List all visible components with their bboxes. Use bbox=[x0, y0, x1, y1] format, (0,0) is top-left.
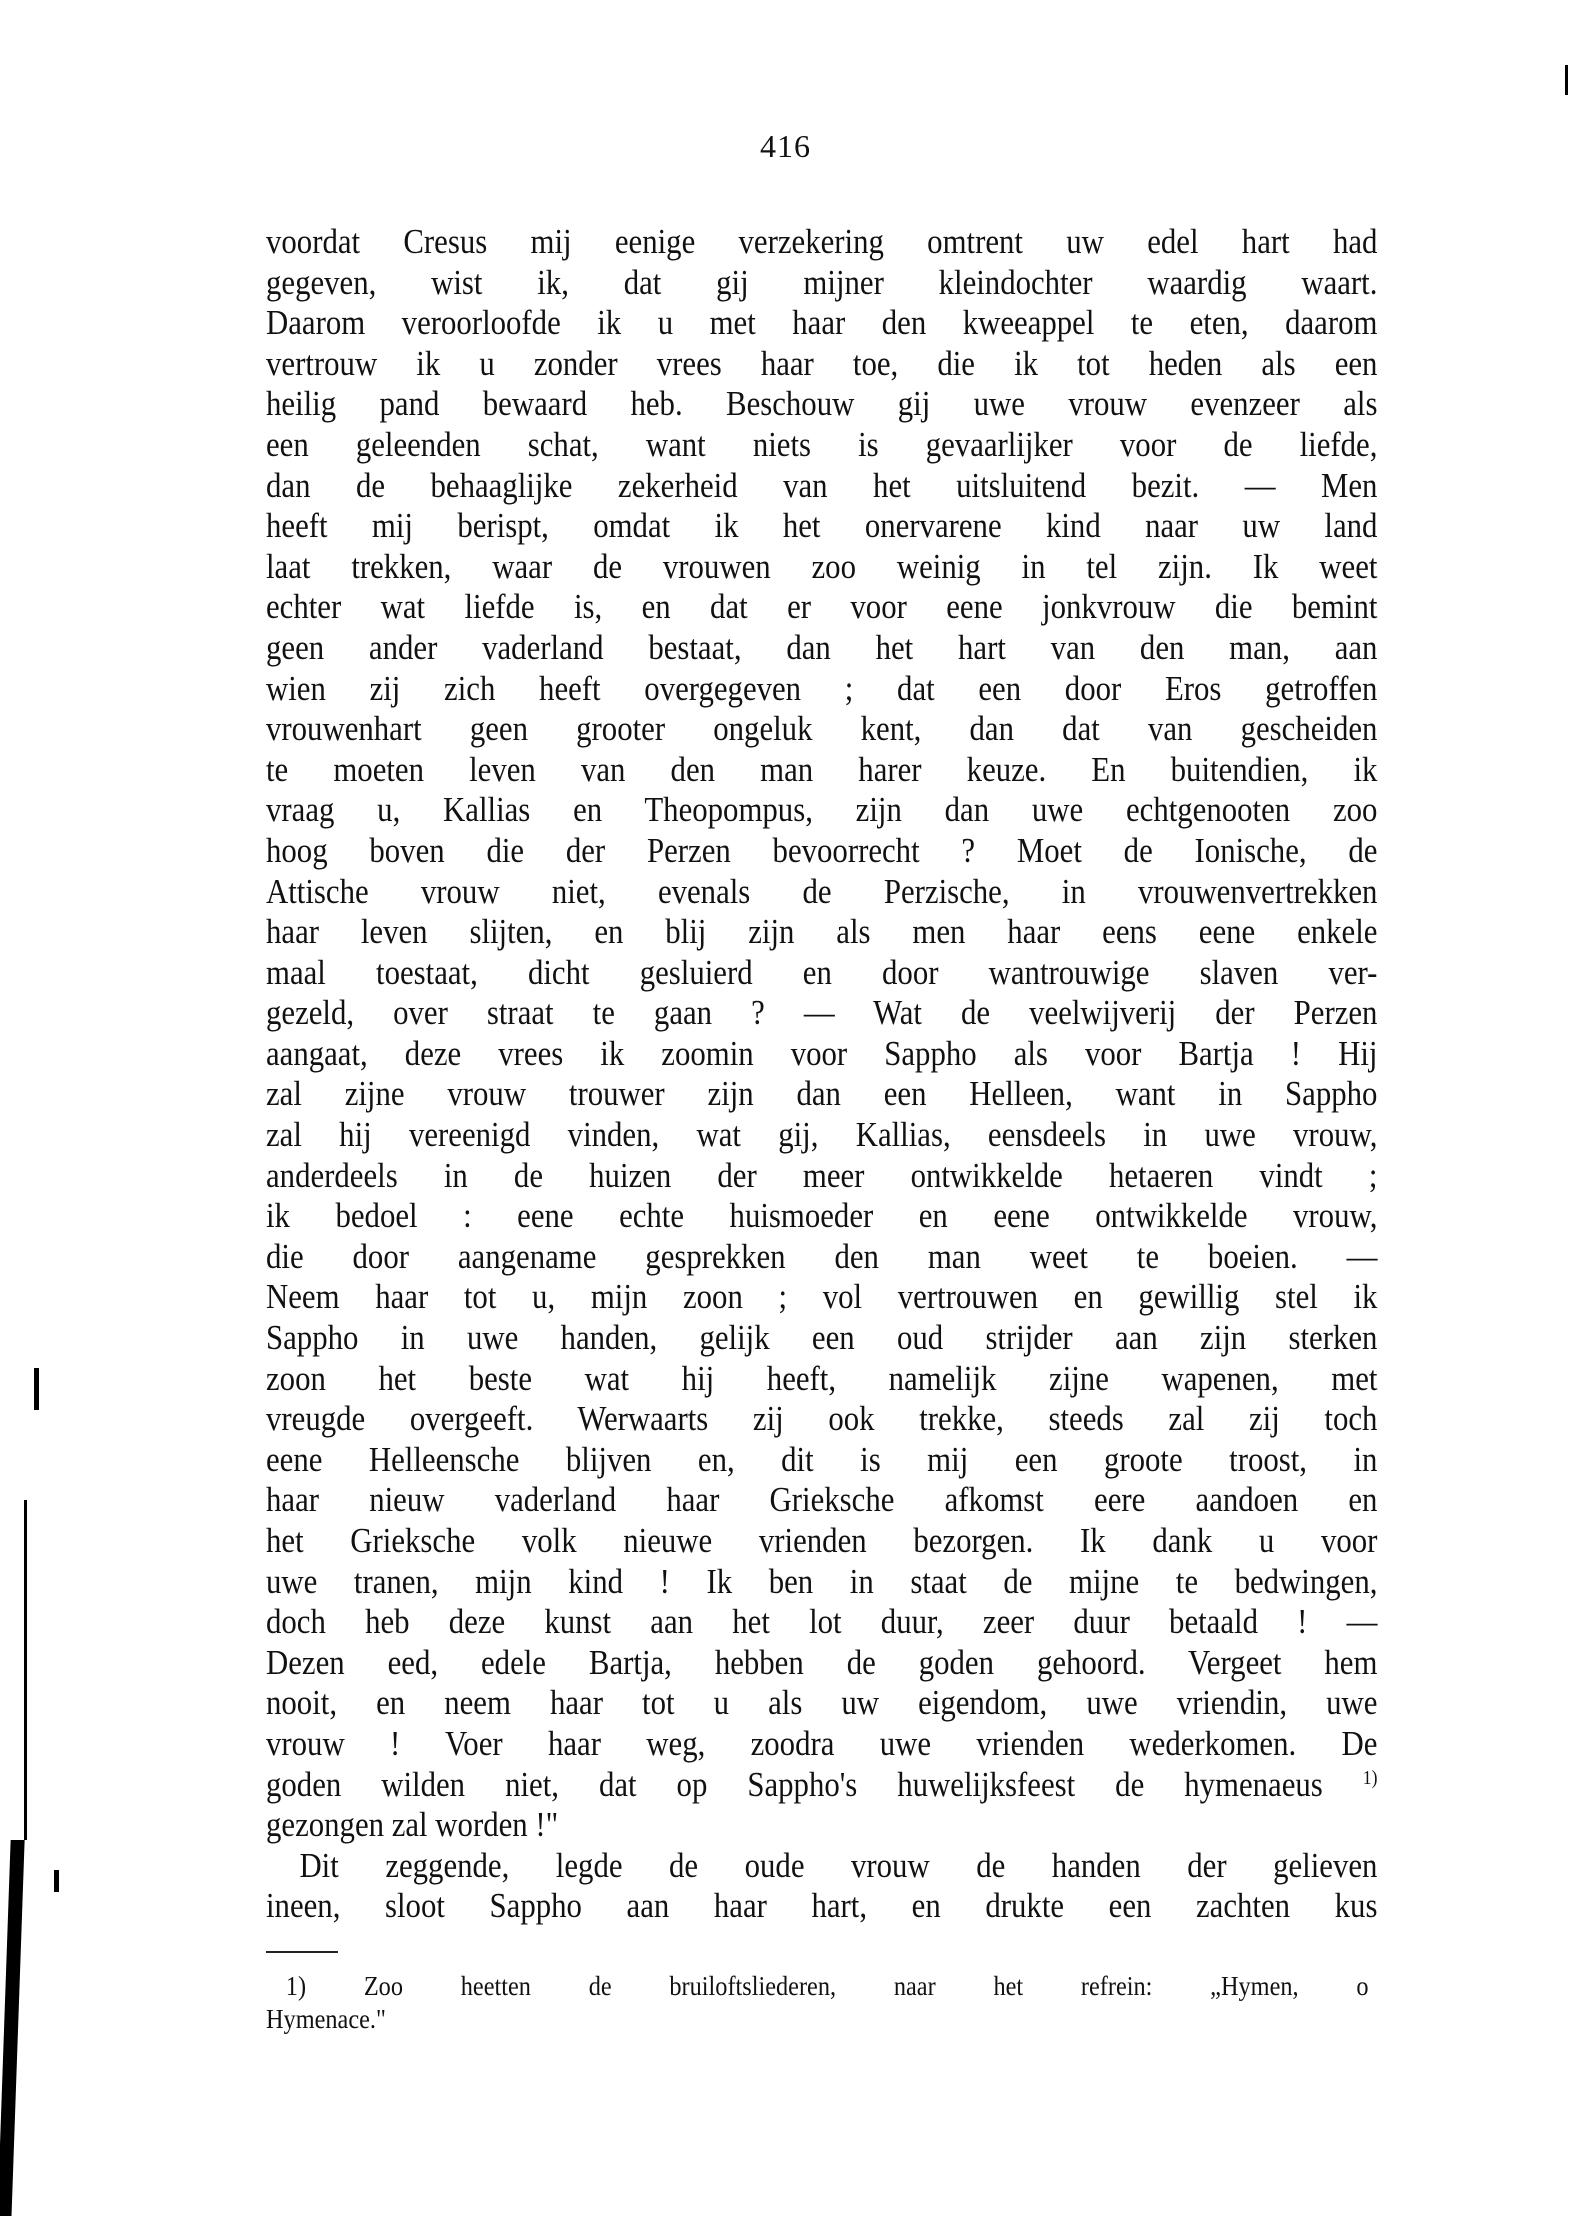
scan-edge-left-thin bbox=[24, 1500, 27, 1840]
footnote-reference[interactable]: 1) bbox=[1363, 1767, 1378, 1789]
text-line: nooit, en neem haar tot u als uw eigendo… bbox=[266, 1683, 1377, 1724]
text-line: anderdeels in de huizen der meer ontwikk… bbox=[266, 1156, 1377, 1197]
text-line: gezeld, over straat te gaan ? — Wat de v… bbox=[266, 993, 1377, 1034]
text-line: vrouwenhart geen grooter ongeluk kent, d… bbox=[266, 709, 1377, 750]
text-line: ineen, sloot Sappho aan haar hart, en dr… bbox=[266, 1886, 1377, 1927]
text-line: het Grieksche volk nieuwe vrienden bezor… bbox=[266, 1521, 1377, 1562]
text-line: eene Helleensche blijven en, dit is mij … bbox=[266, 1440, 1377, 1481]
text-line: vreugde overgeeft. Werwaarts zij ook tre… bbox=[266, 1399, 1377, 1440]
text-line: gegeven, wist ik, dat gij mijner kleindo… bbox=[266, 263, 1377, 304]
text-line: dan de behaaglijke zekerheid van het uit… bbox=[266, 466, 1377, 507]
text-line: Dezen eed, edele Bartja, hebben de goden… bbox=[266, 1643, 1377, 1684]
paragraph-first-line: Dit zeggende, legde de oude vrouw de han… bbox=[266, 1846, 1377, 1887]
body-text: voordat Cresus mij eenige verzekering om… bbox=[266, 222, 1378, 1927]
page-number: 416 bbox=[0, 128, 1571, 165]
text-line: wien zij zich heeft overgegeven ; dat ee… bbox=[266, 669, 1377, 710]
text-line: zal hij vereenigd vinden, wat gij, Kalli… bbox=[266, 1115, 1377, 1156]
text-line: haar nieuw vaderland haar Grieksche afko… bbox=[266, 1480, 1377, 1521]
footnote-line: Hymenace." bbox=[266, 2003, 1369, 2036]
text-line: zal zijne vrouw trouwer zijn dan een Hel… bbox=[266, 1074, 1377, 1115]
text-line: maal toestaat, dicht gesluierd en door w… bbox=[266, 953, 1377, 994]
text-line: vraag u, Kallias en Theopompus, zijn dan… bbox=[266, 790, 1377, 831]
text-line: zoon het beste wat hij heeft, namelijk z… bbox=[266, 1359, 1377, 1400]
text-line: Neem haar tot u, mijn zoon ; vol vertrou… bbox=[266, 1277, 1377, 1318]
text-line: te moeten leven van den man harer keuze.… bbox=[266, 750, 1377, 791]
footnote-divider bbox=[266, 1951, 338, 1953]
text-line: haar leven slijten, en blij zijn als men… bbox=[266, 912, 1377, 953]
text-line: die door aangename gesprekken den man we… bbox=[266, 1237, 1377, 1278]
text-line: aangaat, deze vrees ik zoomin voor Sapph… bbox=[266, 1034, 1377, 1075]
scan-edge-left bbox=[0, 1840, 25, 2216]
text-line-with-footnote-ref: goden wilden niet, dat op Sappho's huwel… bbox=[266, 1765, 1377, 1806]
text-line: gezongen zal worden !" bbox=[266, 1805, 1377, 1846]
text-line: doch heb deze kunst aan het lot duur, ze… bbox=[266, 1602, 1377, 1643]
text-line: heeft mij berispt, omdat ik het onervare… bbox=[266, 506, 1377, 547]
text-line: heilig pand bewaard heb. Beschouw gij uw… bbox=[266, 384, 1377, 425]
text-line: Attische vrouw niet, evenals de Perzisch… bbox=[266, 872, 1377, 913]
scan-mark-left-1 bbox=[34, 1368, 39, 1410]
text-line: echter wat liefde is, en dat er voor een… bbox=[266, 587, 1377, 628]
scan-mark-left-2 bbox=[54, 1870, 59, 1892]
text-line: ik bedoel : eene echte huismoeder en een… bbox=[266, 1196, 1377, 1237]
footnote-text: Zoo heetten de bruiloftsliederen, naar h… bbox=[364, 1971, 1369, 2001]
footnote-marker: 1) bbox=[286, 1971, 306, 2001]
text-line-content: goden wilden niet, dat op Sappho's huwel… bbox=[266, 1765, 1323, 1804]
text-line: voordat Cresus mij eenige verzekering om… bbox=[266, 222, 1377, 263]
text-line: laat trekken, waar de vrouwen zoo weinig… bbox=[266, 547, 1377, 588]
text-line: Daarom veroorloofde ik u met haar den kw… bbox=[266, 303, 1377, 344]
text-line: geen ander vaderland bestaat, dan het ha… bbox=[266, 628, 1377, 669]
text-line: hoog boven die der Perzen bevoorrecht ? … bbox=[266, 831, 1377, 872]
text-line: uwe tranen, mijn kind ! Ik ben in staat … bbox=[266, 1562, 1377, 1603]
footnote-line: 1) Zoo heetten de bruiloftsliederen, naa… bbox=[266, 1970, 1369, 2003]
footnote: 1) Zoo heetten de bruiloftsliederen, naa… bbox=[266, 1970, 1378, 2036]
scan-mark-right bbox=[1565, 65, 1568, 95]
text-line: vertrouw ik u zonder vrees haar toe, die… bbox=[266, 344, 1377, 385]
text-line: een geleenden schat, want niets is gevaa… bbox=[266, 425, 1377, 466]
text-line: vrouw ! Voer haar weg, zoodra uwe vriend… bbox=[266, 1724, 1377, 1765]
text-line: Sappho in uwe handen, gelijk een oud str… bbox=[266, 1318, 1377, 1359]
